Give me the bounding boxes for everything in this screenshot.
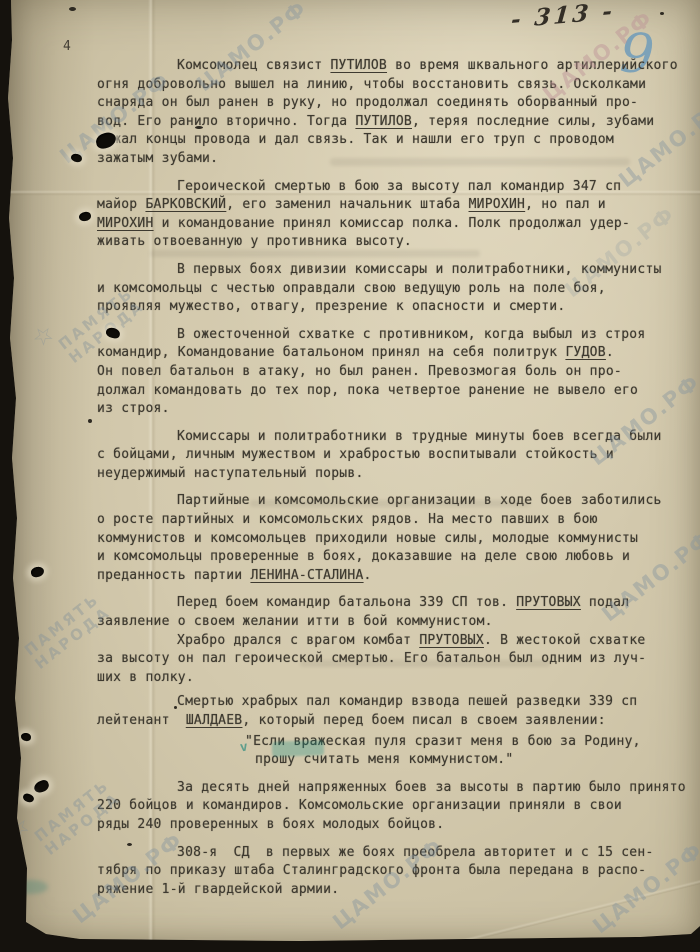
ghost-text-impression bbox=[330, 158, 630, 166]
ink-speck bbox=[195, 126, 203, 129]
typewritten-line: из строя. bbox=[97, 400, 677, 419]
underlined-name: ПУТИЛОВ bbox=[355, 114, 412, 129]
typewritten-line: неудержимый наступательный порыв. bbox=[97, 465, 677, 484]
typewritten-line: преданность партии ЛЕНИНА-СТАЛИНА. bbox=[97, 567, 677, 586]
typewritten-line: должал командовать до тех пор, пока четв… bbox=[97, 382, 677, 401]
paragraph: За десять дней напряженных боев за высот… bbox=[97, 779, 677, 835]
typewritten-line: проявляя мужество, отвагу, презрение к о… bbox=[97, 298, 677, 317]
underlined-name: МИРОХИН bbox=[469, 197, 526, 212]
typewritten-line: Комсомолец связист ПУТИЛОВ во время шква… bbox=[97, 57, 677, 76]
paragraph: Смертью храбрых пал командир взвода пеше… bbox=[97, 693, 677, 730]
typewritten-line: лейтенант ШАЛДАЕВ, который перед боем пи… bbox=[97, 712, 677, 731]
underlined-name: ЛЕНИНА-СТАЛИНА bbox=[250, 568, 363, 583]
paragraph: Комиссары и политработники в трудные мин… bbox=[97, 428, 677, 484]
paper-sheet: 4 - 313 - 9 Комсомолец связист ПУТИЛОВ в… bbox=[0, 0, 700, 952]
underlined-name: БАРКОВСКИЙ bbox=[145, 197, 226, 212]
typewritten-line: тября по приказу штаба Сталинградского ф… bbox=[97, 862, 677, 881]
typewritten-line: майор БАРКОВСКИЙ, его заменил начальник … bbox=[97, 196, 677, 215]
teal-stamp-over-word bbox=[272, 740, 324, 757]
typewritten-line: Храбро дрался с врагом комбат ПРУТОВЫХ. … bbox=[97, 632, 677, 651]
teal-check-mark: v bbox=[239, 740, 249, 756]
ink-speck bbox=[174, 706, 177, 709]
paragraph: Перед боем командир батальона 339 СП тов… bbox=[97, 594, 677, 631]
typewritten-line: коммунистов и комсомольцев приходили нов… bbox=[97, 530, 677, 549]
typewritten-line: и комсомольцы с честью оправдали свою ве… bbox=[97, 280, 677, 299]
ink-speck bbox=[660, 12, 664, 15]
paragraph: В ожесточенной схватке с противником, ко… bbox=[97, 326, 677, 419]
typewritten-line: огня добровольно вышел на линию, чтобы в… bbox=[97, 76, 677, 95]
underlined-name: МИРОХИН bbox=[97, 216, 154, 231]
typewritten-line: с бойцами, личным мужеством и храбростью… bbox=[97, 446, 677, 465]
typewritten-line: о росте партийных и комсомольских рядов.… bbox=[97, 511, 677, 530]
underlined-name: ПРУТОВЫХ bbox=[516, 595, 581, 610]
typewritten-line: "Если вражеская пуля сразит меня в бою з… bbox=[97, 733, 677, 752]
typewritten-line: Комиссары и политработники в трудные мин… bbox=[97, 428, 677, 447]
typewritten-line: 220 бойцов и командиров. Комсомольские о… bbox=[97, 797, 677, 816]
typewritten-line: заявление о своем желании итти в бой ком… bbox=[97, 613, 677, 632]
typewritten-line: вод. Его ранило вторично. Тогда ПУТИЛОВ,… bbox=[97, 113, 677, 132]
underlined-name: ПРУТОВЫХ bbox=[419, 633, 484, 648]
typewritten-line: МИРОХИН и командование принял комиссар п… bbox=[97, 215, 677, 234]
paragraph: 308-я СД в первых же боях преобрела авто… bbox=[97, 844, 677, 900]
paragraph: Комсомолец связист ПУТИЛОВ во время шква… bbox=[97, 57, 677, 169]
typed-page-number: 4 bbox=[63, 39, 71, 54]
paragraph: Героической смертью в бою за высоту пал … bbox=[97, 178, 677, 252]
paragraph: "Если вражеская пуля сразит меня в бою з… bbox=[97, 733, 677, 770]
ghost-text-impression bbox=[150, 250, 480, 257]
underlined-name: ПУТИЛОВ bbox=[330, 58, 387, 73]
ghost-text-impression bbox=[300, 660, 550, 667]
typewritten-line: В первых боях дивизии комиссары и политр… bbox=[97, 261, 677, 280]
ink-speck bbox=[88, 419, 92, 423]
ghost-text-impression bbox=[250, 500, 530, 507]
typewritten-line: ряды 240 проверенных в боях молодых бойц… bbox=[97, 816, 677, 835]
typewritten-line: Героической смертью в бою за высоту пал … bbox=[97, 178, 677, 197]
handwritten-folio-number: - 313 - bbox=[497, 0, 629, 35]
ink-speck bbox=[127, 843, 132, 846]
typewritten-line: ших в полку. bbox=[97, 669, 677, 688]
spine-shadow bbox=[0, 0, 95, 952]
paragraph: В первых боях дивизии комиссары и политр… bbox=[97, 261, 677, 317]
typewritten-line: зажал концы провода и дал связь. Так и н… bbox=[97, 131, 677, 150]
text-block: Комсомолец связист ПУТИЛОВ во время шква… bbox=[97, 57, 677, 899]
underlined-name: ГУДОВ bbox=[565, 345, 605, 360]
typewritten-line: прошу считать меня коммунистом." bbox=[97, 751, 677, 770]
underlined-name: ШАЛДАЕВ bbox=[186, 713, 243, 728]
typewritten-line: и комсомольцы проверенные в боях, доказа… bbox=[97, 548, 677, 567]
typewritten-line: командир, Командование батальоном принял… bbox=[97, 344, 677, 363]
typewritten-line: 308-я СД в первых же боях преобрела авто… bbox=[97, 844, 677, 863]
typewritten-line: Перед боем командир батальона 339 СП тов… bbox=[97, 594, 677, 613]
typewritten-line: снаряда он был ранен в руку, но продолжа… bbox=[97, 94, 677, 113]
typewritten-line: ряжение 1-й гвардейской армии. bbox=[97, 881, 677, 900]
teal-smudge bbox=[14, 880, 48, 894]
typewritten-line: Он повел батальон в атаку, но был ранен.… bbox=[97, 363, 677, 382]
ink-speck bbox=[69, 7, 76, 11]
typewritten-line: В ожесточенной схватке с противником, ко… bbox=[97, 326, 677, 345]
typewritten-line: За десять дней напряженных боев за высот… bbox=[97, 779, 677, 798]
scanned-archive-page: { "document": { "page_number_typed": "4"… bbox=[0, 0, 700, 952]
typewritten-line: Смертью храбрых пал командир взвода пеше… bbox=[97, 693, 677, 712]
